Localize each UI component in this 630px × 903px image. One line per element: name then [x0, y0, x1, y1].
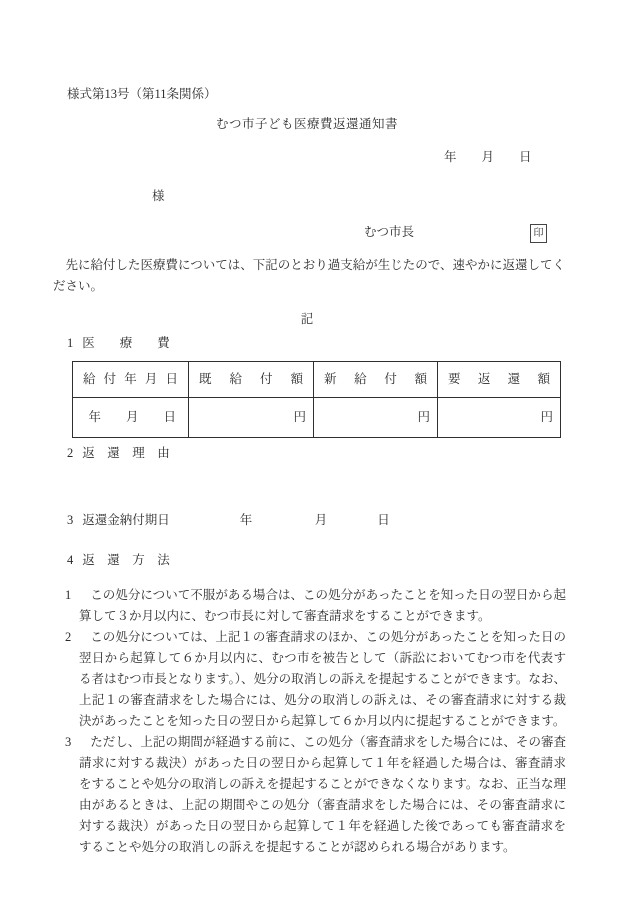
- body-paragraph: 先に給付した医療費については、下記のとおり過支給が生じたので、速やかに返還してく…: [53, 255, 567, 297]
- section-label: 返 還 理 由: [82, 446, 170, 460]
- section-number: 1: [67, 333, 73, 354]
- column-header-refund-amount: 要返還額: [439, 369, 559, 390]
- seal-mark: 印: [530, 224, 547, 243]
- note-number: 1: [65, 588, 71, 602]
- medical-expense-table: 給付年月日 既給付額 新給付額 要返還額 年 月 日 円 円 円: [72, 361, 561, 438]
- section-payment-due-date: 3返還金納付期日年 月 日: [67, 510, 390, 531]
- appeal-note-1: 1この処分について不服がある場合は、この処分があったことを知った日の翌日から起算…: [65, 585, 566, 627]
- form-number: 様式第13号（第11条関係）: [67, 84, 217, 105]
- document-page: 様式第13号（第11条関係） むつ市子ども医療費返還通知書 年 月 日 様 むつ…: [0, 0, 630, 903]
- note-text: ただし、上記の期間が経過する前に、この処分（審査請求をした場合には、その審査請求…: [79, 735, 566, 854]
- note-number: 3: [65, 735, 71, 749]
- section-number: 2: [67, 443, 73, 464]
- section-number: 3: [67, 510, 73, 531]
- issue-date-line: 年 月 日: [444, 147, 532, 168]
- appeal-note-2: 2この処分については、上記１の審査請求のほか、この処分があったことを知った日の翌…: [65, 627, 566, 732]
- appeal-note-3: 3ただし、上記の期間が経過する前に、この処分（審査請求をした場合には、その審査請…: [65, 732, 566, 858]
- section-refund-method: 4返 還 方 法: [67, 550, 170, 571]
- section-medical-expense: 1医 療 費: [67, 333, 170, 354]
- section-number: 4: [67, 550, 73, 571]
- cell-payment-date: 年 月 日: [73, 398, 189, 438]
- column-header-payment-date: 給付年月日: [74, 369, 187, 390]
- section-label: 医 療 費: [82, 336, 170, 350]
- page-title: むつ市子ども医療費返還通知書: [53, 114, 561, 135]
- section-label: 返還金納付期日: [82, 513, 170, 527]
- addressee-honorific: 様: [152, 186, 165, 207]
- record-marker: 記: [53, 309, 561, 330]
- cell-refund-amount-unit: 円: [438, 398, 561, 438]
- cell-new-amount-unit: 円: [314, 398, 438, 438]
- section-refund-reason: 2返 還 理 由: [67, 443, 170, 464]
- cell-previous-amount-unit: 円: [189, 398, 314, 438]
- column-header-previous-amount: 既給付額: [190, 369, 312, 390]
- note-number: 2: [65, 630, 71, 644]
- table-data-row: 年 月 日 円 円 円: [73, 398, 561, 438]
- note-text: この処分について不服がある場合は、この処分があったことを知った日の翌日から起算し…: [79, 588, 566, 623]
- column-header-new-amount: 新給付額: [315, 369, 436, 390]
- appeal-notes: 1この処分について不服がある場合は、この処分があったことを知った日の翌日から起算…: [65, 585, 566, 858]
- note-text: この処分については、上記１の審査請求のほか、この処分があったことを知った日の翌日…: [79, 630, 566, 728]
- due-date-value: 年 月 日: [240, 513, 390, 527]
- section-label: 返 還 方 法: [82, 553, 170, 567]
- table-header-row: 給付年月日 既給付額 新給付額 要返還額: [73, 362, 561, 398]
